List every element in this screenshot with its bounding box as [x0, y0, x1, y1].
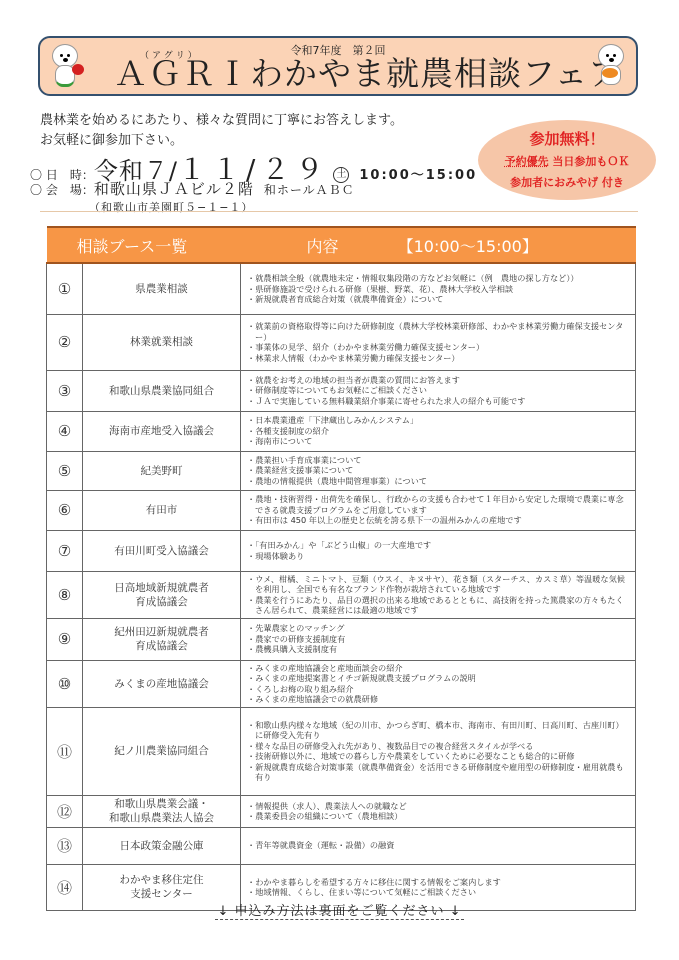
table-row: ⑬日本政策金融公庫青年等就農資金（運転・設備）の融資 [47, 827, 636, 864]
booth-number: ⑥ [47, 490, 83, 530]
content-item: 和歌山県内様々な地域（紀の川市、かつらぎ町、橋本市、海南市、有田川町、日高川町、… [247, 720, 629, 741]
header-content-label: 内容 [307, 237, 339, 256]
page-title: ＡＧＲＩわかやま就農相談フェア [114, 54, 622, 94]
booth-number: ⑦ [47, 530, 83, 571]
content-item: 就農相談全般（就農地未定・情報収集段階の方などお気軽に（例 農地の探し方など）） [247, 273, 629, 284]
booth-number: ⑬ [47, 827, 83, 864]
table-header: 相談ブース一覧 内容 【10:00〜15:00】 [47, 227, 636, 263]
content-item: 先輩農家とのマッチング [247, 623, 629, 634]
booth-table: 相談ブース一覧 内容 【10:00〜15:00】 ①県農業相談就農相談全般（就農… [46, 226, 636, 911]
booth-name: 林業就業相談 [83, 314, 241, 370]
venue-name: 和歌山県ＪＡビル２階 [94, 180, 254, 198]
content-list: 先輩農家とのマッチング農家での研修支援制度有農機具購入支援制度有 [247, 623, 629, 655]
content-item: 新規就農者育成総合対策（就農準備資金）について [247, 294, 629, 305]
content-item: 農機具購入支援制度有 [247, 644, 629, 655]
free-admission-bubble: 参加無料！ 予約優先 当日参加もＯＫ 参加者におみやげ 付き [478, 120, 656, 200]
content-item: みくまの産地協議会での就農研修 [247, 694, 629, 705]
booth-number: ① [47, 263, 83, 314]
content-item: 日本農業遺産「下津蔵出しみかんシステム」 [247, 415, 629, 426]
booth-content: 就農をお考えの地域の担当者が農業の質問にお答えます研修制度等についてもお気軽にご… [241, 370, 636, 411]
content-item: 各種支援制度の紹介 [247, 426, 629, 437]
content-item: 農業を行うにあたり、品目の選択の出来る地域であるとともに、高技術を持った篤農家の… [247, 595, 629, 616]
booth-content: ウメ、柑橘、ミニトマト、豆類（ウスイ、キヌサヤ）、花き類（スターチス、カスミ草）… [241, 571, 636, 618]
content-item: 就農をお考えの地域の担当者が農業の質問にお答えます [247, 375, 629, 386]
table-row: ⑩みくまの産地協議会みくまの産地協議会と産地面談会の紹介みくまの産地提案書とイチ… [47, 660, 636, 707]
content-list: 情報提供（求人）、農業法人への就職など農業委員会の組織について（農地相談） [247, 801, 629, 822]
content-item: 現場体験あり [247, 551, 629, 562]
content-item: 情報提供（求人）、農業法人への就職など [247, 801, 629, 812]
content-item: 有田市は 450 年以上の歴史と伝統を誇る県下一の温州みかんの産地です [247, 515, 629, 526]
content-item: 新規就農育成総合対策事業（就農準備資金）を活用できる研修制度や雇用型の研修制度・… [247, 762, 629, 783]
header-content: 内容 【10:00〜15:00】 [241, 227, 636, 263]
content-item: 研修制度等についてもお気軽にご相談ください [247, 385, 629, 396]
booth-content: 情報提供（求人）、農業法人への就職など農業委員会の組織について（農地相談） [241, 795, 636, 827]
content-list: 和歌山県内様々な地域（紀の川市、かつらぎ町、橋本市、海南市、有田川町、日高川町、… [247, 720, 629, 783]
content-item: みくまの産地協議会と産地面談会の紹介 [247, 663, 629, 674]
table-row: ⑪紀ノ川農業協同組合和歌山県内様々な地域（紀の川市、かつらぎ町、橋本市、海南市、… [47, 707, 636, 795]
content-item: くろしお梅の取り組み紹介 [247, 684, 629, 695]
booth-name: 海南市産地受入協議会 [83, 411, 241, 451]
content-list: ウメ、柑橘、ミニトマト、豆類（ウスイ、キヌサヤ）、花き類（スターチス、カスミ草）… [247, 574, 629, 616]
content-item: 青年等就農資金（運転・設備）の融資 [247, 840, 629, 851]
table-row: ⑨紀州田辺新規就農者 育成協議会先輩農家とのマッチング農家での研修支援制度有農機… [47, 618, 636, 660]
content-item: 農地・技術習得・出荷先を確保し、行政からの支援も合わせて１年目から安定した環境で… [247, 494, 629, 515]
booth-content: 日本農業遺産「下津蔵出しみかんシステム」各種支援制度の紹介海南市について [241, 411, 636, 451]
content-list: 「有田みかん」や「ぶどう山椒」の一大産地です現場体験あり [247, 540, 629, 561]
booth-content: 先輩農家とのマッチング農家での研修支援制度有農機具購入支援制度有 [241, 618, 636, 660]
content-item: 地域情報、くらし、住まい等について気軽にご相談ください [247, 887, 629, 898]
content-item: 農業担い手育成事業について [247, 455, 629, 466]
table-row: ④海南市産地受入協議会日本農業遺産「下津蔵出しみかんシステム」各種支援制度の紹介… [47, 411, 636, 451]
divider [40, 211, 638, 212]
booth-number: ⑫ [47, 795, 83, 827]
content-list: 青年等就農資金（運転・設備）の融資 [247, 840, 629, 851]
booth-content: 青年等就農資金（運転・設備）の融資 [241, 827, 636, 864]
booth-name: 和歌山県農業会議・ 和歌山県農業法人協会 [83, 795, 241, 827]
booth-name: 県農業相談 [83, 263, 241, 314]
booth-number: ④ [47, 411, 83, 451]
booth-name: 日高地域新規就農者 育成協議会 [83, 571, 241, 618]
content-item: 事業体の見学、紹介（わかやま林業労働力確保支援センター） [247, 342, 629, 353]
content-item: 県研修施設で受けられる研修（果樹、野菜、花）、農林大学校入学相談 [247, 284, 629, 295]
content-item: ウメ、柑橘、ミニトマト、豆類（ウスイ、キヌサヤ）、花き類（スターチス、カスミ草）… [247, 574, 629, 595]
footer-note: ↓ 申込み方法は裏面をご覧ください ↓ [0, 900, 679, 919]
booth-number: ⑧ [47, 571, 83, 618]
venue-label: 〇 会 場： [30, 181, 94, 198]
header-booths: 相談ブース一覧 [47, 227, 241, 263]
content-item: 就業前の資格取得等に向けた研修制度（農林大学校林業研修部、わかやま林業労働力確保… [247, 321, 629, 342]
booth-content: 農業担い手育成事業について農業経営支援事業について農地の情報提供（農地中間管理事… [241, 451, 636, 490]
table-row: ②林業就業相談就業前の資格取得等に向けた研修制度（農林大学校林業研修部、わかやま… [47, 314, 636, 370]
venue-hall: 和ホールＡＢＣ [264, 183, 355, 197]
content-list: 日本農業遺産「下津蔵出しみかんシステム」各種支援制度の紹介海南市について [247, 415, 629, 447]
booth-name: 有田川町受入協議会 [83, 530, 241, 571]
booth-content: 就農相談全般（就農地未定・情報収集段階の方などお気軽に（例 農地の探し方など））… [241, 263, 636, 314]
booth-number: ⑤ [47, 451, 83, 490]
booth-content: 「有田みかん」や「ぶどう山椒」の一大産地です現場体験あり [241, 530, 636, 571]
content-item: ＪＡで実施している無料職業紹介事業に寄せられた求人の紹介も可能です [247, 396, 629, 407]
intro-line-1: 農林業を始めるにあたり、様々な質問に丁寧にお答えします。 [40, 111, 403, 131]
content-list: 農業担い手育成事業について農業経営支援事業について農地の情報提供（農地中間管理事… [247, 455, 629, 487]
table-row: ⑤紀美野町農業担い手育成事業について農業経営支援事業について農地の情報提供（農地… [47, 451, 636, 490]
booth-number: ② [47, 314, 83, 370]
content-item: 林業求人情報（わかやま林業労働力確保支援センター） [247, 353, 629, 364]
booth-number: ⑪ [47, 707, 83, 795]
title-banner: 令和7年度 第２回 （アグリ） ＡＧＲＩわかやま就農相談フェア [38, 36, 638, 96]
gift-note: 参加者におみやげ 付き [478, 174, 656, 190]
content-list: わかやま暮らしを希望する方々に移住に関する情報をご案内します地域情報、くらし、住… [247, 877, 629, 898]
content-item: 技術研修以外に、地域での暮らし方や農業をしていくために必要なことも総合的に研修 [247, 751, 629, 762]
content-item: みくまの産地提案書とイチゴ新規就農支援プログラムの説明 [247, 673, 629, 684]
booth-name: 紀美野町 [83, 451, 241, 490]
content-list: 就農をお考えの地域の担当者が農業の質問にお答えます研修制度等についてもお気軽にご… [247, 375, 629, 407]
table-row: ⑦有田川町受入協議会「有田みかん」や「ぶどう山椒」の一大産地です現場体験あり [47, 530, 636, 571]
content-list: 農地・技術習得・出荷先を確保し、行政からの支援も合わせて１年目から安定した環境で… [247, 494, 629, 526]
table-row: ③和歌山県農業協同組合就農をお考えの地域の担当者が農業の質問にお答えます研修制度… [47, 370, 636, 411]
reservation-note: 予約優先 [505, 155, 549, 168]
content-item: 海南市について [247, 436, 629, 447]
content-list: 就業前の資格取得等に向けた研修制度（農林大学校林業研修部、わかやま林業労働力確保… [247, 321, 629, 363]
content-item: 「有田みかん」や「ぶどう山椒」の一大産地です [247, 540, 629, 551]
content-list: みくまの産地協議会と産地面談会の紹介みくまの産地提案書とイチゴ新規就農支援プログ… [247, 663, 629, 705]
table-row: ⑫和歌山県農業会議・ 和歌山県農業法人協会情報提供（求人）、農業法人への就職など… [47, 795, 636, 827]
content-item: 農業委員会の組織について（農地相談） [247, 811, 629, 822]
booth-content: 就業前の資格取得等に向けた研修制度（農林大学校林業研修部、わかやま林業労働力確保… [241, 314, 636, 370]
content-item: わかやま暮らしを希望する方々に移住に関する情報をご案内します [247, 877, 629, 888]
sameday-note: 当日参加もＯＫ [549, 155, 630, 168]
venue-address: （和歌山市美園町５−１−１） [89, 199, 253, 215]
booth-content: みくまの産地協議会と産地面談会の紹介みくまの産地提案書とイチゴ新規就農支援プログ… [241, 660, 636, 707]
booth-name: 日本政策金融公庫 [83, 827, 241, 864]
booth-name: 紀ノ川農業協同組合 [83, 707, 241, 795]
booth-number: ⑨ [47, 618, 83, 660]
header-hours: 【10:00〜15:00】 [398, 237, 538, 256]
content-item: 農地の情報提供（農地中間管理事業）について [247, 476, 629, 487]
booth-name: 和歌山県農業協同組合 [83, 370, 241, 411]
booth-name: みくまの産地協議会 [83, 660, 241, 707]
content-item: 農業経営支援事業について [247, 465, 629, 476]
booth-number: ③ [47, 370, 83, 411]
mascot-right-icon [594, 44, 628, 88]
event-venue: 〇 会 場：和歌山県ＪＡビル２階和ホールＡＢＣ [30, 178, 355, 199]
table-row: ⑧日高地域新規就農者 育成協議会ウメ、柑橘、ミニトマト、豆類（ウスイ、キヌサヤ）… [47, 571, 636, 618]
booth-content: 和歌山県内様々な地域（紀の川市、かつらぎ町、橋本市、海南市、有田川町、日高川町、… [241, 707, 636, 795]
content-item: 農家での研修支援制度有 [247, 634, 629, 645]
table-row: ⑥有田市農地・技術習得・出荷先を確保し、行政からの支援も合わせて１年目から安定し… [47, 490, 636, 530]
event-time: 10:00〜15:00 [359, 168, 477, 183]
booth-number: ⑩ [47, 660, 83, 707]
free-label: 参加無料！ [478, 128, 656, 149]
intro-text: 農林業を始めるにあたり、様々な質問に丁寧にお答えします。 お気軽に御参加下さい。 [40, 111, 403, 151]
booth-content: 農地・技術習得・出荷先を確保し、行政からの支援も合わせて１年目から安定した環境で… [241, 490, 636, 530]
booth-name: 紀州田辺新規就農者 育成協議会 [83, 618, 241, 660]
application-note: ↓ 申込み方法は裏面をご覧ください ↓ [215, 904, 463, 920]
content-item: 様々な品目の研修受入れ先があり、複数品目での複合経営スタイルが学べる [247, 741, 629, 752]
content-list: 就農相談全般（就農地未定・情報収集段階の方などお気軽に（例 農地の探し方など））… [247, 273, 629, 305]
table-row: ①県農業相談就農相談全般（就農地未定・情報収集段階の方などお気軽に（例 農地の探… [47, 263, 636, 314]
booth-name: 有田市 [83, 490, 241, 530]
